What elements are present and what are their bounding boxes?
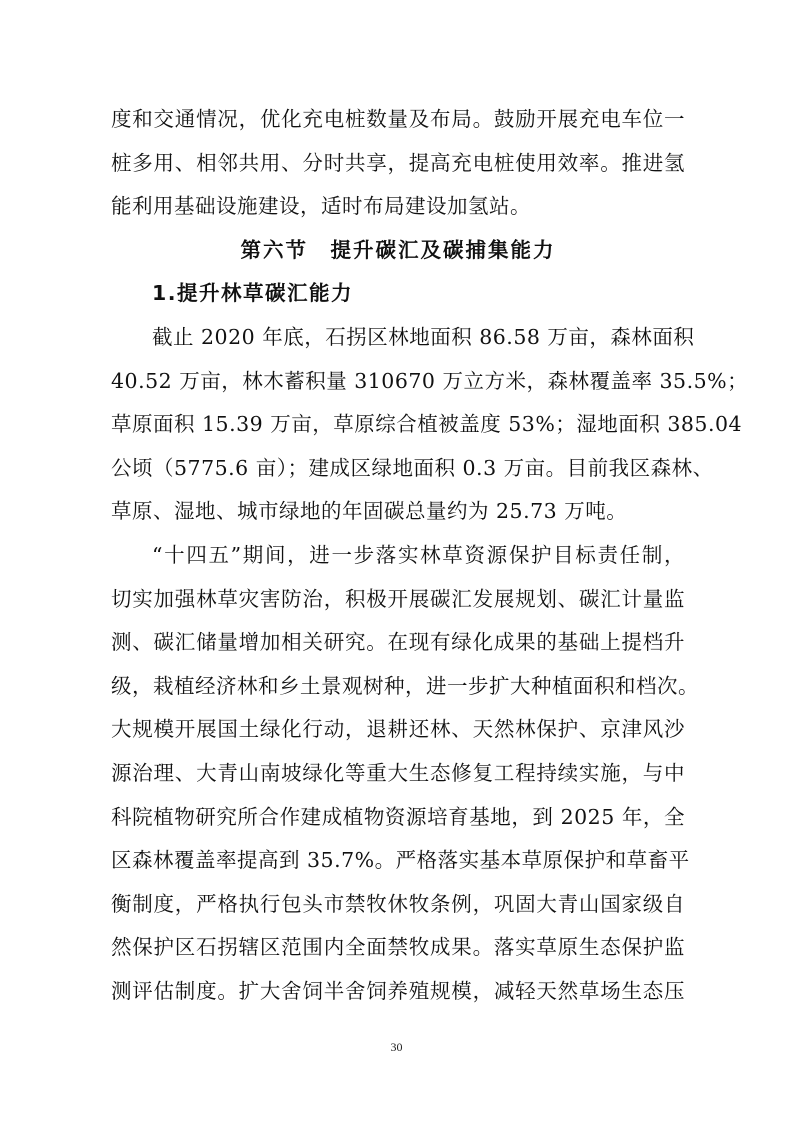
section-heading: 第六节 提升碳汇及碳捕集能力 bbox=[111, 229, 685, 273]
body-text-line: 测评估制度。扩大舍饲半舍饲养殖规模，减轻天然草场生态压 bbox=[111, 970, 685, 1014]
body-text-line: 草原面积 15.39 万亩，草原综合植被盖度 53%；湿地面积 385.04 bbox=[111, 403, 685, 447]
document-page: 度和交通情况，优化充电桩数量及布局。鼓励开展充电车位一 桩多用、相邻共用、分时共… bbox=[111, 98, 685, 1013]
body-text-line: 度和交通情况，优化充电桩数量及布局。鼓励开展充电车位一 bbox=[111, 98, 685, 142]
body-text-line: 桩多用、相邻共用、分时共享，提高充电桩使用效率。推进氢 bbox=[111, 142, 685, 186]
body-text-line: 能利用基础设施建设，适时布局建设加氢站。 bbox=[111, 185, 685, 229]
subsection-heading: 1.提升林草碳汇能力 bbox=[111, 272, 685, 316]
page-number: 30 bbox=[0, 1040, 793, 1055]
body-text-line: 级，栽植经济林和乡土景观树种，进一步扩大种植面积和档次。 bbox=[111, 665, 685, 709]
body-text-line: 草原、湿地、城市绿地的年固碳总量约为 25.73 万吨。 bbox=[111, 490, 685, 534]
body-text-line: 然保护区石拐辖区范围内全面禁牧成果。落实草原生态保护监 bbox=[111, 926, 685, 970]
body-text-line: 衡制度，严格执行包头市禁牧休牧条例，巩固大青山国家级自 bbox=[111, 883, 685, 927]
body-text-line: 科院植物研究所合作建成植物资源培育基地，到 2025 年，全 bbox=[111, 796, 685, 840]
body-text-line: 40.52 万亩，林木蓄积量 310670 万立方米，森林覆盖率 35.5%； bbox=[111, 360, 685, 404]
body-text-line: 区森林覆盖率提高到 35.7%。严格落实基本草原保护和草畜平 bbox=[111, 839, 685, 883]
body-text-line: 测、碳汇储量增加相关研究。在现有绿化成果的基础上提档升 bbox=[111, 621, 685, 665]
body-text-line: 源治理、大青山南坡绿化等重大生态修复工程持续实施，与中 bbox=[111, 752, 685, 796]
body-text-line: 切实加强林草灾害防治，积极开展碳汇发展规划、碳汇计量监 bbox=[111, 578, 685, 622]
body-text-line: 大规模开展国土绿化行动，退耕还林、天然林保护、京津风沙 bbox=[111, 708, 685, 752]
body-text-line: 公顷（5775.6 亩）；建成区绿地面积 0.3 万亩。目前我区森林、 bbox=[111, 447, 685, 491]
body-text-line: “十四五”期间，进一步落实林草资源保护目标责任制， bbox=[111, 534, 685, 578]
body-text-line: 截止 2020 年底，石拐区林地面积 86.58 万亩，森林面积 bbox=[111, 316, 685, 360]
